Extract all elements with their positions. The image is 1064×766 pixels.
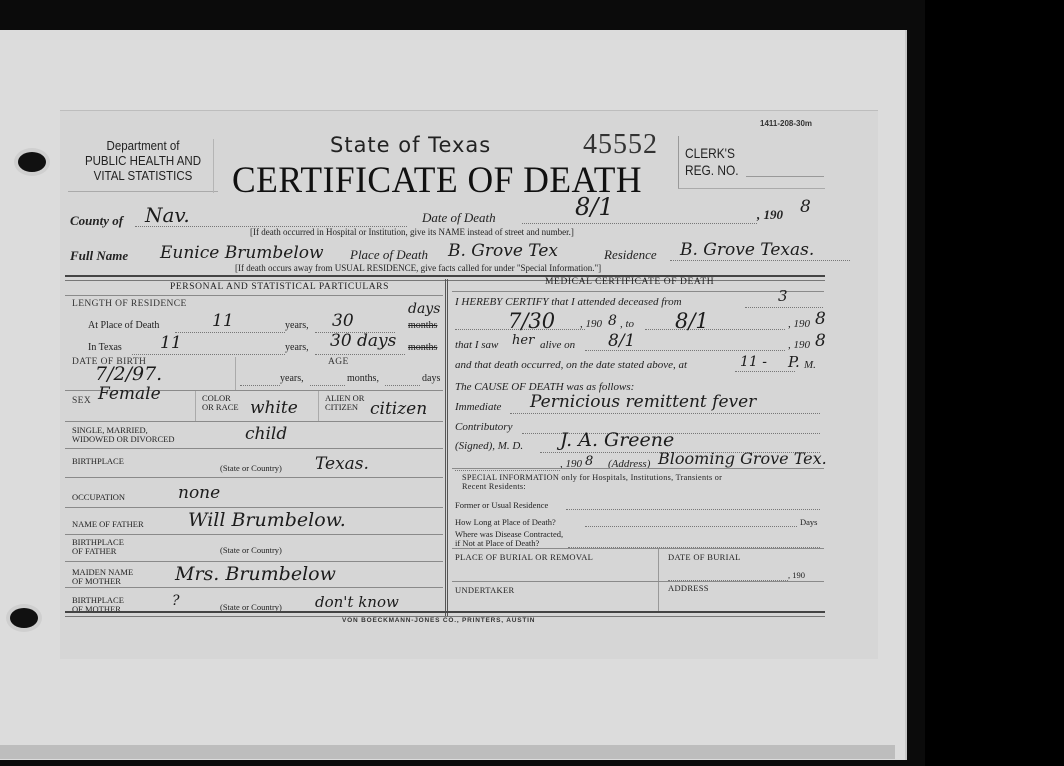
- years-label: years,: [285, 342, 309, 353]
- undertaker-address-label: ADDRESS: [668, 583, 709, 593]
- burial-date-label: DATE OF BURIAL: [668, 552, 741, 562]
- divider: [658, 549, 659, 611]
- in-texas-years-line: [132, 354, 285, 355]
- marital-status-label: SINGLE, MARRIED, WIDOWED OR DIVORCED: [72, 426, 174, 444]
- divider: [213, 139, 214, 193]
- mother-birthplace-value[interactable]: don't know: [315, 593, 399, 611]
- mother-maiden-name-value[interactable]: Mrs. Brumbelow: [175, 563, 336, 585]
- residence-line: [670, 260, 850, 261]
- form-code: 1411-208-30m: [760, 119, 812, 128]
- in-texas-label: In Texas: [88, 342, 122, 353]
- father-birthplace-state-or-country: (State or Country): [220, 545, 282, 555]
- at-place-years-line: [175, 332, 285, 333]
- months-label: months: [408, 320, 437, 331]
- physician-signature[interactable]: J. A. Greene: [560, 429, 674, 451]
- death-certificate-form: 1411-208-30m Department of PUBLIC HEALTH…: [60, 110, 878, 659]
- saw-pronoun[interactable]: her: [512, 333, 534, 348]
- months-label: months: [408, 342, 437, 353]
- at-place-label: At Place of Death: [88, 320, 159, 331]
- year-of-death[interactable]: 8: [800, 197, 811, 217]
- place-of-death-value[interactable]: B. Grove Tex: [448, 241, 558, 261]
- years-label: years,: [285, 320, 309, 331]
- divider: [65, 587, 443, 588]
- at-place-units-correction[interactable]: days: [408, 301, 440, 317]
- special-info-title-line-1: SPECIAL INFORMATION only for Hospitals, …: [462, 473, 722, 482]
- immediate-cause-line: [510, 413, 820, 414]
- signed-year-value[interactable]: 8: [585, 454, 593, 469]
- to-date-value[interactable]: 8/1: [675, 309, 709, 333]
- certificate-number: 45552: [583, 129, 658, 161]
- immediate-cause-value[interactable]: Pernicious remittent fever: [530, 392, 756, 412]
- physician-address[interactable]: Blooming Grove Tex.: [658, 449, 827, 468]
- where-contracted-line-2: if Not at Place of Death?: [455, 539, 563, 548]
- divider: [65, 295, 443, 296]
- length-of-residence-label: LENGTH OF RESIDENCE: [72, 299, 187, 309]
- meridiem-handwritten[interactable]: P.: [788, 353, 800, 371]
- time-value[interactable]: 11 -: [740, 354, 767, 370]
- county-label: County of: [70, 213, 123, 229]
- page-bottom-edge: [0, 745, 895, 759]
- in-texas-years-value[interactable]: 11: [160, 333, 182, 353]
- signed-label: (Signed), M. D.: [455, 440, 523, 452]
- residence-value[interactable]: B. Grove Texas.: [680, 240, 814, 260]
- mother-birthplace-mark: ?: [172, 593, 180, 609]
- burial-place-label: PLACE OF BURIAL OR REMOVAL: [455, 552, 593, 562]
- printer-credit: VON BOECKMANN-JONES CO., PRINTERS, AUSTI…: [342, 617, 535, 624]
- hospital-note: [If death occurred in Hospital or Instit…: [250, 227, 574, 237]
- burial-year-label: , 190: [788, 570, 805, 580]
- place-of-death-label: Place of Death: [350, 247, 428, 263]
- mother-maiden-name-label: MAIDEN NAME OF MOTHER: [72, 568, 133, 586]
- county-value[interactable]: Nav.: [145, 203, 190, 227]
- birthplace-label: BIRTHPLACE: [72, 456, 124, 466]
- from-year-label: , 190: [580, 318, 602, 330]
- sex-label: SEX: [72, 396, 91, 406]
- residence-note: [If death occurs away from USUAL RESIDEN…: [235, 263, 601, 273]
- how-long-line: [585, 526, 797, 527]
- from-year-value[interactable]: 8: [608, 313, 617, 329]
- citizen-value[interactable]: citizen: [370, 399, 427, 419]
- signed-date-line: [455, 470, 560, 471]
- full-name-label: Full Name: [70, 248, 128, 264]
- attended-duration[interactable]: 3: [778, 287, 788, 305]
- department-line-2: PUBLIC HEALTH AND: [74, 154, 212, 169]
- divider: [65, 507, 443, 508]
- clerk-label-line-2: REG. NO.: [685, 162, 739, 179]
- where-contracted-label: Where was Disease Contracted, if Not at …: [455, 530, 563, 548]
- father-birthplace-label: BIRTHPLACE OF FATHER: [72, 538, 124, 556]
- former-residence-label: Former or Usual Residence: [455, 500, 548, 510]
- divider: [65, 561, 443, 562]
- father-name-value[interactable]: Will Brumbelow.: [188, 509, 346, 531]
- divider: [235, 357, 236, 391]
- from-date-value[interactable]: 7/30: [508, 309, 555, 333]
- age-days-line: [385, 385, 420, 386]
- state-heading: State of Texas: [330, 133, 491, 157]
- time-line: [735, 371, 795, 372]
- clerk-reg-label: CLERK'S REG. NO.: [685, 145, 739, 179]
- mother-label-line-2: OF MOTHER: [72, 577, 133, 586]
- divider: [68, 191, 218, 192]
- citizen-label-line-2: CITIZEN: [325, 403, 364, 412]
- divider: [65, 448, 443, 449]
- date-of-birth-value[interactable]: 7/2/97.: [95, 363, 162, 385]
- citizen-label: ALIEN OR CITIZEN: [325, 394, 364, 412]
- department-block: Department of PUBLIC HEALTH AND VITAL ST…: [74, 139, 212, 184]
- divider: [65, 534, 443, 535]
- father-birthplace-label-line-2: OF FATHER: [72, 547, 124, 556]
- certify-statement: I HEREBY CERTIFY that I attended decease…: [455, 296, 682, 308]
- divider: [452, 291, 824, 292]
- to-year-label: , 190: [788, 318, 810, 330]
- divider: [195, 391, 196, 421]
- undertaker-label: UNDERTAKER: [455, 585, 514, 595]
- divider: [452, 581, 824, 582]
- occurred-label: and that death occurred, on the date sta…: [455, 359, 687, 371]
- medical-section-title: MEDICAL CERTIFICATE OF DEATH: [545, 277, 714, 287]
- alive-on-value[interactable]: 8/1: [608, 331, 635, 351]
- age-months-label: months,: [347, 373, 379, 384]
- department-line-1: Department of: [74, 139, 212, 154]
- color-race-label: COLOR OR RACE: [202, 394, 239, 412]
- date-of-death-label: Date of Death: [422, 210, 496, 226]
- immediate-cause-label: Immediate: [455, 401, 501, 413]
- divider: [452, 548, 824, 549]
- occupation-value[interactable]: none: [178, 483, 220, 503]
- personal-section-title: PERSONAL AND STATISTICAL PARTICULARS: [170, 282, 389, 292]
- contributory-cause-label: Contributory: [455, 421, 512, 433]
- in-texas-units-value[interactable]: 30 days: [330, 331, 396, 351]
- marital-status-value[interactable]: child: [245, 424, 287, 444]
- divider: [318, 391, 319, 421]
- to-label: , to: [620, 318, 634, 330]
- age-years-label: years,: [280, 373, 304, 384]
- year-prefix: , 190: [757, 207, 783, 223]
- age-months-line: [310, 385, 345, 386]
- divider: [65, 477, 443, 478]
- clerk-reg-number-line: [746, 176, 824, 177]
- department-line-3: VITAL STATISTICS: [74, 169, 212, 184]
- days-label: Days: [800, 517, 817, 527]
- sex-value[interactable]: Female: [98, 384, 161, 404]
- occupation-label: OCCUPATION: [72, 492, 125, 502]
- alive-year-label: , 190: [788, 339, 810, 351]
- age-label: AGE: [328, 357, 349, 367]
- residence-label: Residence: [604, 247, 657, 263]
- to-date-line: [645, 329, 785, 330]
- how-long-label: How Long at Place of Death?: [455, 517, 556, 527]
- to-year-value[interactable]: 8: [815, 309, 826, 329]
- saw-label: that I saw: [455, 339, 498, 351]
- attended-line: [745, 307, 823, 308]
- special-info-title-line-2: Recent Residents:: [462, 482, 722, 491]
- birthplace-value[interactable]: Texas.: [315, 454, 369, 474]
- divider: [452, 468, 824, 469]
- meridiem-printed: M.: [804, 359, 816, 371]
- marital-label-line-2: WIDOWED OR DIVORCED: [72, 435, 174, 444]
- at-place-years-value[interactable]: 11: [212, 311, 234, 331]
- father-name-label: NAME OF FATHER: [72, 519, 144, 529]
- former-residence-line: [566, 509, 820, 510]
- alive-year-value[interactable]: 8: [815, 331, 826, 351]
- date-of-death-line: [522, 223, 757, 224]
- column-divider: [445, 279, 448, 617]
- color-race-value[interactable]: white: [250, 398, 298, 418]
- clerk-label-line-1: CLERK'S: [685, 145, 739, 162]
- color-label-line-2: OR RACE: [202, 403, 239, 412]
- full-name-value[interactable]: Eunice Brumbelow: [160, 243, 324, 263]
- divider: [65, 421, 443, 422]
- punch-hole-bottom: [10, 608, 38, 628]
- alive-on-label: alive on: [540, 339, 575, 351]
- in-texas-months-line: [315, 354, 405, 355]
- at-place-units-value[interactable]: 30: [332, 311, 354, 331]
- birthplace-state-or-country: (State or Country): [220, 463, 282, 473]
- certify-text: that I attended deceased from: [551, 296, 681, 308]
- date-of-death-value[interactable]: 8/1: [575, 193, 614, 221]
- punch-hole-top: [18, 152, 46, 172]
- age-days-label: days: [422, 373, 440, 384]
- special-info-title: SPECIAL INFORMATION only for Hospitals, …: [462, 473, 722, 491]
- age-years-line: [240, 385, 280, 386]
- certify-label: I HEREBY CERTIFY: [455, 296, 549, 308]
